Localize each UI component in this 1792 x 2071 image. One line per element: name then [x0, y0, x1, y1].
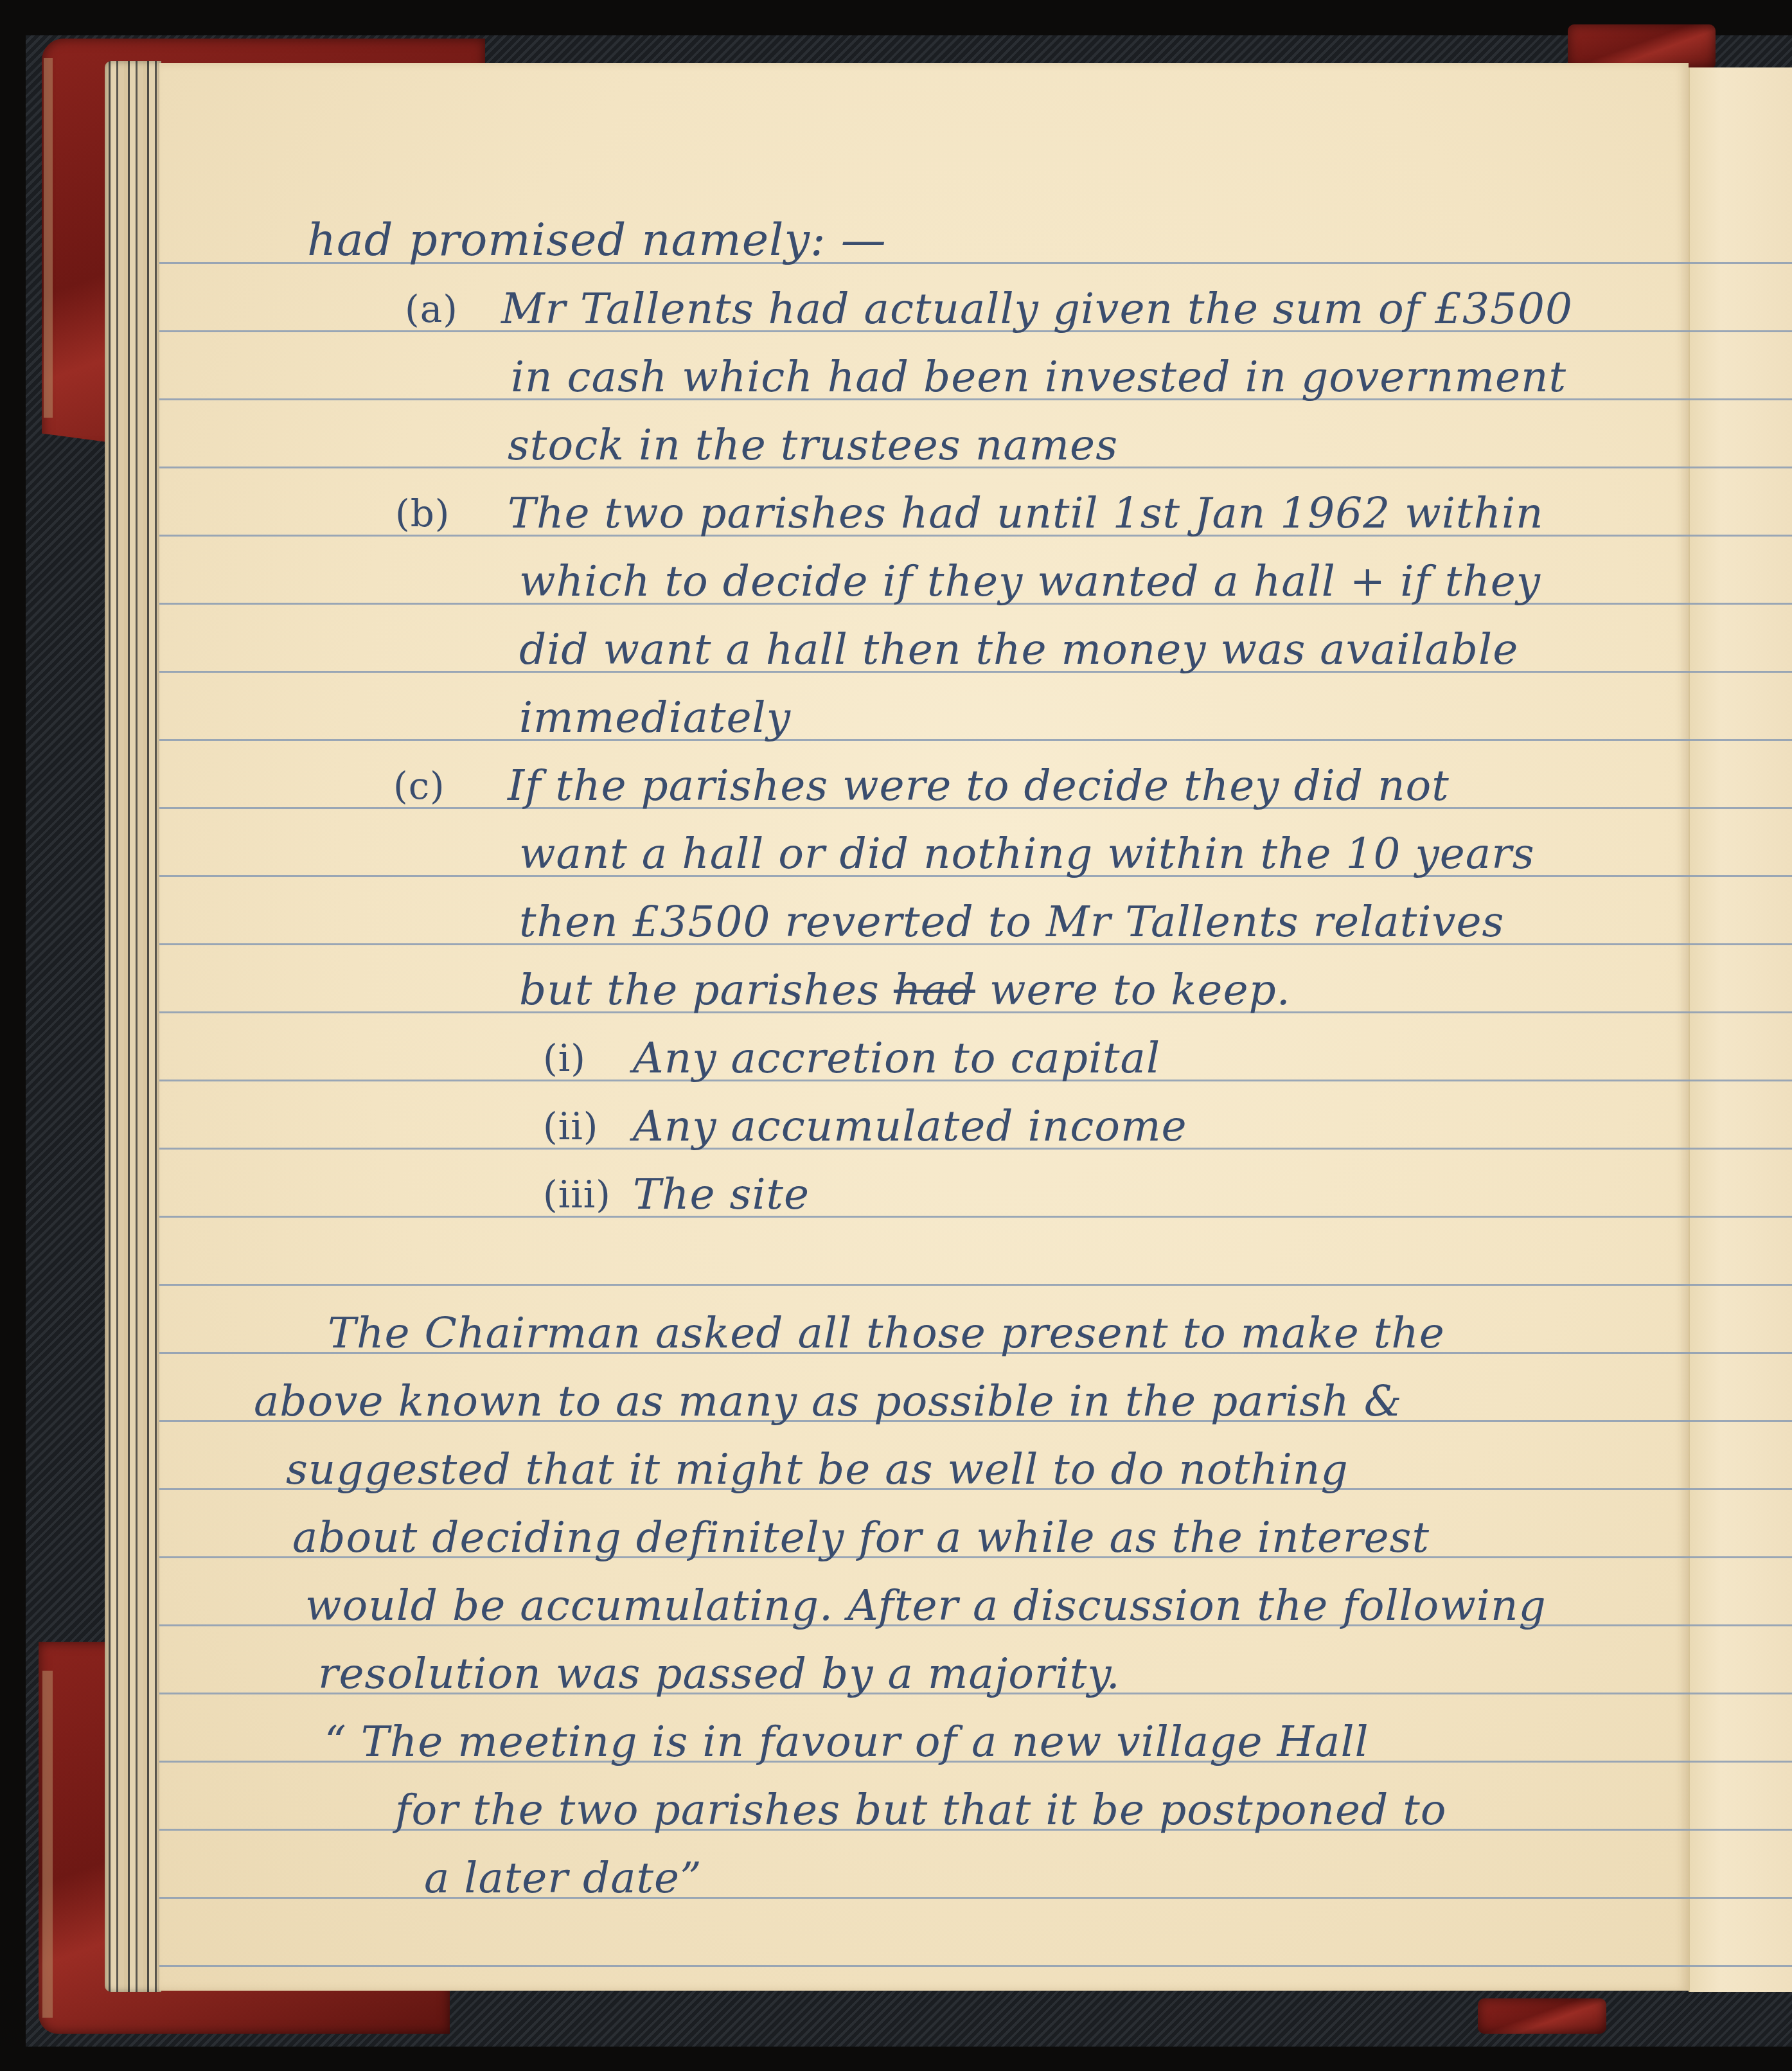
subitem-iii-text: The site — [633, 1173, 810, 1216]
discussion-line-4: about deciding definitely for a while as… — [292, 1516, 1430, 1559]
resolution-line-2: for the two parishes but that it be post… — [395, 1789, 1446, 1831]
item-c-line-3: then £3500 reverted to Mr Tallents relat… — [519, 901, 1504, 943]
discussion-line-5: would be accumulating. After a discussio… — [305, 1585, 1547, 1627]
resolution-line-3: a later date” — [424, 1857, 702, 1899]
discussion-line-2: above known to as many as possible in th… — [254, 1380, 1402, 1423]
item-b-line-3: did want a hall then the money was avail… — [519, 628, 1518, 671]
item-c-line-2: want a hall or did nothing within the 10… — [519, 833, 1535, 875]
leather-fragment-bottom-right — [1478, 1998, 1606, 2034]
discussion-line-6: resolution was passed by a majority. — [318, 1653, 1121, 1695]
item-a-line-3: stock in the trustees names — [508, 424, 1118, 467]
item-a-label: (a) — [405, 290, 458, 328]
struck-through-word: had — [894, 965, 975, 1015]
item-c-line-1: If the parishes were to decide they did … — [508, 765, 1450, 807]
item-b-line-1: The two parishes had until 1st Jan 1962 … — [508, 492, 1544, 535]
item-b-line-4: immediately — [519, 697, 791, 739]
item-c-line-4-prefix: but the parishes — [519, 965, 880, 1015]
opening-line: had promised namely: — — [307, 217, 887, 262]
discussion-line-3: suggested that it might be as well to do… — [286, 1448, 1349, 1491]
frayed-edge — [42, 1671, 53, 2018]
subitem-ii-text: Any accumulated income — [633, 1105, 1187, 1148]
subitem-i-label: (i) — [543, 1040, 586, 1077]
subitem-iii-label: (iii) — [543, 1176, 611, 1213]
resolution-line-1: “ The meeting is in favour of a new vill… — [324, 1721, 1369, 1763]
item-b-line-2: which to decide if they wanted a hall + … — [519, 560, 1541, 603]
item-c-label: (c) — [393, 767, 445, 804]
item-c-line-4-suffix: were to keep. — [989, 965, 1291, 1015]
item-b-label: (b) — [395, 495, 450, 532]
item-c-line-4: but the parishes had were to keep. — [519, 969, 1291, 1011]
item-a-line-1: Mr Tallents had actually given the sum o… — [501, 288, 1573, 330]
subitem-i-text: Any accretion to capital — [633, 1037, 1160, 1080]
discussion-line-1: The Chairman asked all those present to … — [328, 1312, 1445, 1355]
page-edges-stack — [105, 61, 161, 1992]
subitem-ii-label: (ii) — [543, 1108, 598, 1145]
item-a-line-2: in cash which had been invested in gover… — [511, 356, 1566, 398]
facing-page-edge — [1689, 67, 1792, 1992]
frayed-edge — [44, 58, 53, 418]
